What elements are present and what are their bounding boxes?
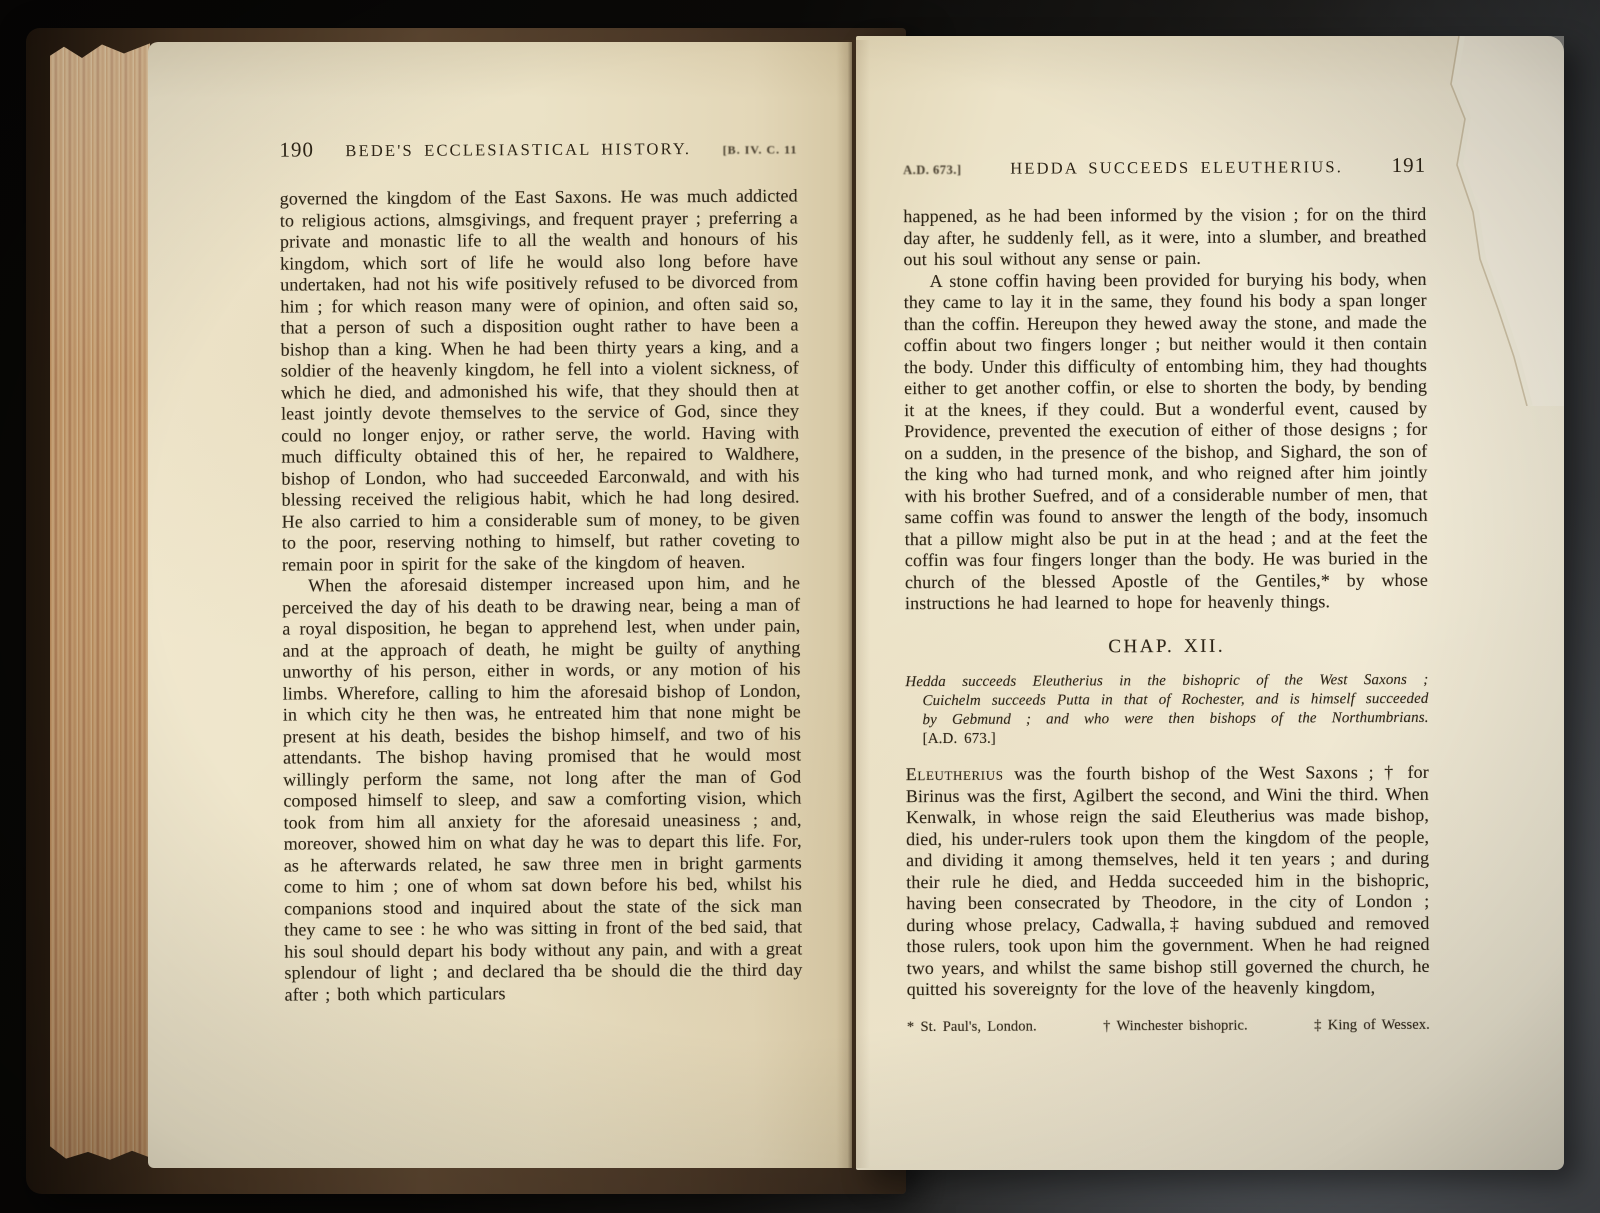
paragraph: Eleutherius was the fourth bishop of the…	[906, 762, 1430, 1001]
footnotes: * St. Paul's, London. † Winchester bisho…	[907, 1014, 1430, 1038]
chapter-paragraph-text: was the fourth bishop of the West Saxons…	[906, 762, 1430, 999]
book-gutter-shadow	[836, 40, 870, 1168]
footnote: † Winchester bishopric.	[1103, 1015, 1248, 1037]
right-page-number: 191	[1392, 153, 1427, 178]
page-stack-fore-edge	[50, 40, 150, 1162]
chapter-summary-line: by Gebmund ; and who were then bishops o…	[906, 709, 1429, 730]
paragraph: When the aforesaid distemper increased u…	[282, 572, 803, 1005]
paragraph: happened, as he had been informed by the…	[903, 204, 1426, 271]
chapter-summary: Hedda succeeds Eleutherius in the bishop…	[905, 671, 1428, 749]
paragraph: A stone coffin having been provided for …	[904, 268, 1428, 614]
right-running-header: HEDDA SUCCEEDS ELEUTHERIUS.	[1010, 157, 1343, 178]
chapter-summary-date: [A.D. 673.]	[906, 728, 1429, 749]
chapter-summary-line: Cuichelm succeeds Putta in that of Roche…	[905, 690, 1428, 711]
footnote: * St. Paul's, London.	[907, 1016, 1037, 1038]
footnote: ‡ King of Wessex.	[1314, 1014, 1430, 1036]
left-header-note: [B. IV. C. 11	[723, 142, 798, 157]
left-page-number: 190	[279, 137, 314, 162]
chapter-heading: CHAP. XII.	[905, 634, 1428, 658]
chapter-lead-word: Eleutherius	[906, 764, 1004, 784]
left-page-header: 190 BEDE'S ECCLESIASTICAL HISTORY. [B. I…	[279, 134, 797, 162]
paragraph: governed the kingdom of the East Saxons.…	[280, 185, 800, 575]
right-header-note: A.D. 673.]	[903, 163, 962, 178]
right-page-body: happened, as he had been informed by the…	[903, 204, 1430, 1038]
left-page: 190 BEDE'S ECCLESIASTICAL HISTORY. [B. I…	[148, 42, 852, 1168]
chapter-summary-line: Hedda succeeds Eleutherius in the bishop…	[905, 671, 1428, 692]
left-running-header: BEDE'S ECCLESIASTICAL HISTORY.	[345, 139, 691, 161]
right-page-header: A.D. 673.] HEDDA SUCCEEDS ELEUTHERIUS. 1…	[903, 153, 1426, 180]
photo-backdrop: 190 BEDE'S ECCLESIASTICAL HISTORY. [B. I…	[0, 0, 1600, 1213]
right-page: A.D. 673.] HEDDA SUCCEEDS ELEUTHERIUS. 1…	[856, 36, 1564, 1170]
left-page-body: governed the kingdom of the East Saxons.…	[280, 185, 803, 1005]
